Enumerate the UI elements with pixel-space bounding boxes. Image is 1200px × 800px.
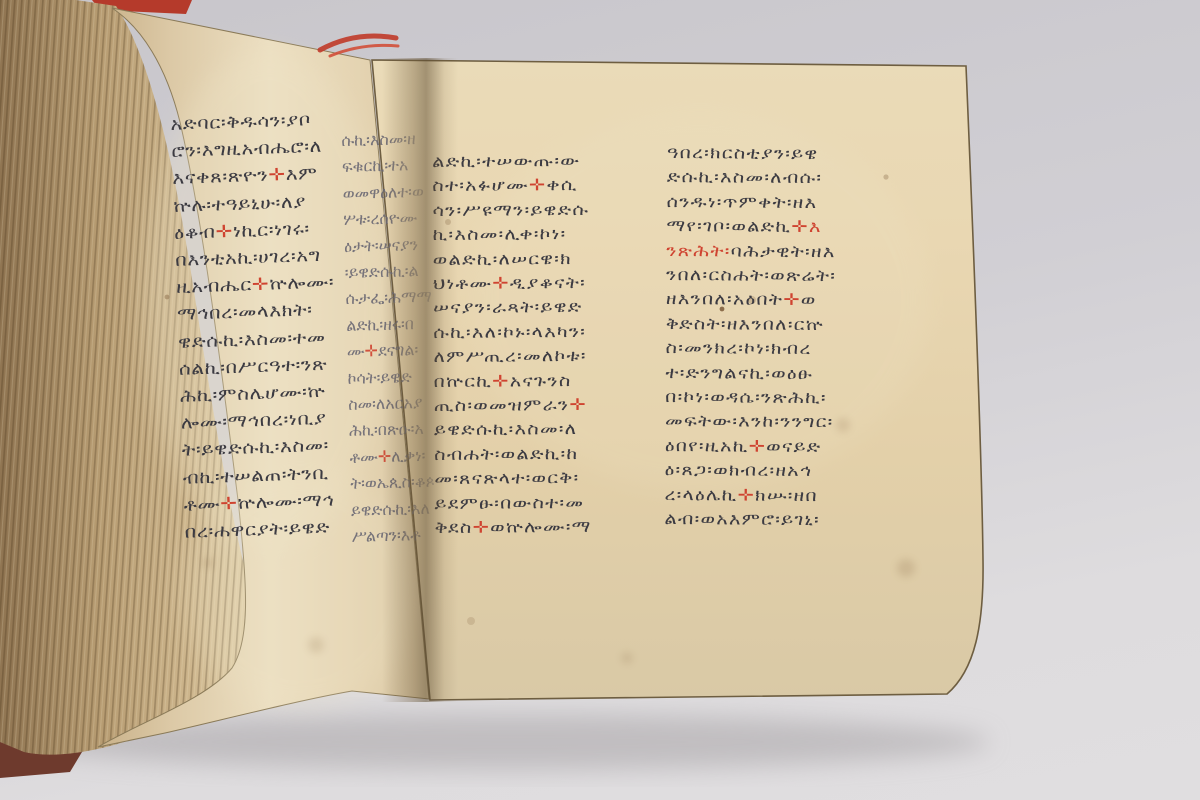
right-page-column-1: ልድኪ፡ተሠውጡ፡ውስተ፡አፉሆሙ✛ቀሲሳን፡ሥዩማን፡ይዌድሱኪ፡እስመ፡ሊቀ…: [432, 148, 696, 548]
rubric-mark: ✛: [749, 436, 767, 455]
geez-text: ደናግል፡: [378, 340, 419, 360]
text-line: በ፡ኮነ፡ወዳሴ፡ንጽሕኪ፡: [665, 385, 965, 412]
text-line: ሠናያን፡ራጻት፡ይዌድ: [433, 295, 694, 321]
geez-text: ይደምፁ፡በውስተ፡መ: [434, 493, 584, 513]
geez-text: ሮን፡እግዚአብሔሮ፡ለ: [171, 137, 322, 162]
text-line: ተ፡ድንግልናኪ፡ወዕፁ: [665, 361, 965, 388]
geez-text: በረ፡ሐዋርያት፡ይዌድ: [184, 518, 330, 543]
geez-text: ሱታፌ፡ሕማማ: [345, 287, 432, 308]
geez-text: ጢስ፡ወመዝምራን: [434, 395, 570, 415]
rubric-mark: ✛: [737, 485, 755, 504]
geez-text: ዲያቆናት፡: [510, 273, 586, 293]
text-line: ሳን፡ሥዩማን፡ይዌድሱ: [432, 197, 693, 223]
geez-text: መፍትው፡እንከ፡ንንግር፡: [665, 411, 834, 431]
geez-text: ወ: [801, 290, 817, 309]
rubric-mark: ✛: [364, 341, 378, 360]
geez-text: በ፡ኮነ፡ወዳሴ፡ንጽሕኪ፡: [665, 387, 827, 407]
geez-text: ለምሥጢረ፡መለኮቱ፡: [433, 346, 586, 366]
rubric-mark: ✛: [529, 176, 547, 195]
text-line: ወልድኪ፡ለሠርዌ፡ክ: [433, 246, 694, 272]
geez-text: ቅድስት፡ዘእንበለ፡ርኵ: [666, 314, 824, 334]
geez-text: ቀሲ: [546, 175, 577, 194]
geez-text: መ፡ጸናጽላተ፡ወርቅ፡: [434, 468, 579, 488]
geez-text: ነኪር፡ነገሩ፡: [233, 219, 311, 242]
geez-text: ባሕታዊት፡ዘእ: [731, 241, 836, 261]
text-line: ስብሐት፡ወልድኪ፡ከ: [434, 441, 695, 467]
geez-text: ልብ፡ወአእምሮ፡ይገኒ፡: [664, 509, 820, 529]
geez-text: ስ፡መንክረ፡ኮነ፡ክብረ: [665, 338, 811, 358]
text-line: በኵርኪ✛አናጉንስ: [434, 368, 695, 394]
geez-text: ማኅበረ፡መላእክት፡: [177, 301, 313, 326]
geez-text: ድሱኪ፡እስመ፡ለብሱ፡: [667, 167, 823, 187]
text-line: ህነቶሙ✛ዲያቆናት፡: [433, 270, 694, 296]
geez-text: ወናይድ: [766, 437, 821, 456]
geez-text: እናቀጸ፡ጽዮን: [172, 166, 269, 189]
geez-text: ሱኪ፡እስመ፡ዘ: [341, 129, 416, 150]
geez-text: ሱኪ፡እለ፡ኮኑ፡ላእካን፡: [433, 322, 586, 342]
rubric-mark: ✛: [569, 395, 587, 414]
geez-text: እም: [285, 164, 318, 185]
geez-text: ሰልኪ፡በሥርዓተ፡ንጽ: [179, 355, 328, 380]
text-line: ለምሥጢረ፡መለኮቱ፡: [433, 343, 694, 369]
geez-text: ስመ፡ለአርአያ: [348, 393, 423, 414]
geez-text: ወመዋዕለተ፡ወ: [342, 182, 424, 203]
geez-text: ቶሙ: [349, 447, 378, 467]
geez-text: ፍቁርኪ፡ተአ: [342, 156, 409, 177]
geez-text: ት፡ወኤጲስ፡ቆጶ: [350, 472, 435, 493]
geez-text: ስብሐት፡ወልድኪ፡ከ: [434, 444, 578, 464]
geez-text: ልድኪ፡ተሠውጡ፡ው: [432, 151, 580, 171]
geez-text: ዕቆብ: [174, 222, 216, 243]
geez-text: ተ፡ድንግልናኪ፡ወዕፁ: [665, 363, 813, 383]
right-page-column-2: ዓበረ፡ክርስቲያን፡ይዌድሱኪ፡እስመ፡ለብሱ፡ሰንዱነ፡ጥምቀት፡ዘእማየ፡…: [664, 141, 967, 543]
geez-text: ዕ፡ጸጋ፡ወክብረ፡ዘአኅ: [665, 460, 813, 480]
rubric-mark: ✛: [215, 222, 233, 243]
rubric-mark: ✛: [378, 447, 392, 466]
text-line: ይደምፁ፡በውስተ፡መ: [434, 490, 695, 516]
geez-text: ሥልጣን፡እቶ: [351, 525, 421, 546]
text-line: ልብ፡ወአእምሮ፡ይገኒ፡: [664, 507, 964, 534]
geez-text: ኵሉ፡ተዓይኒሁ፡ለያ: [173, 192, 306, 217]
geez-text: በኵርኪ: [434, 371, 493, 390]
text-line: ስተ፡አፉሆሙ✛ቀሲ: [432, 173, 693, 199]
text-line: ሰንዱነ፡ጥምቀት፡ዘእ: [666, 190, 966, 217]
geez-text: ረ፡ላዕሌኪ: [664, 485, 737, 505]
geez-text: አድባር፡ቅዱሳን፡ያቦ: [170, 110, 311, 135]
rubric-mark: ✛: [268, 165, 286, 186]
text-line: ጢስ፡ወመዝምራን✛: [434, 392, 695, 418]
text-line: ልድኪ፡ተሠውጡ፡ው: [432, 148, 693, 174]
geez-text: ሊቃነ፡: [391, 446, 426, 466]
geez-text: ወኵሎሙ፡ማ: [490, 517, 592, 537]
geez-text: ሎሙ፡ማኅበረ፡ነቢያ: [181, 409, 327, 434]
geez-text: ዓበረ፡ክርስቲያን፡ይዌ: [667, 143, 819, 163]
geez-text: ማየ፡ገቦ፡ወልድኪ: [666, 216, 791, 236]
geez-text: ሦቱ፡ረሰዮሙ: [343, 208, 417, 229]
text-line: ዓበረ፡ክርስቲያን፡ይዌ: [667, 141, 967, 168]
text-line: ቅደስ✛ወኵሎሙ፡ማ: [435, 514, 696, 540]
geez-text: ሕኪ፡በጽዑ፡አ: [349, 419, 424, 440]
geez-text: ንበለ፡ርስሐት፡ወጽሬት፡: [666, 265, 836, 285]
rubric-mark: ✛: [473, 518, 491, 537]
geez-text: ዌድሱኪ፡እስመ፡ተመ: [178, 327, 326, 352]
geez-text: ወልድኪ፡ለሠርዌ፡ክ: [433, 249, 572, 269]
rubric-mark: እ: [809, 217, 822, 236]
rubric-mark: ✛: [783, 290, 801, 309]
text-line: መፍትው፡እንከ፡ንንግር፡: [665, 409, 965, 436]
text-line: ቅድስት፡ዘእንበለ፡ርኵ: [666, 312, 966, 339]
geez-text: ሙ: [347, 342, 365, 361]
geez-text: በእንቲአኪ፡ሀገረ፡አግ: [175, 246, 321, 271]
photo-backdrop: አድባር፡ቅዱሳን፡ያቦሮን፡እግዚአብሔሮ፡ለእናቀጸ፡ጽዮን✛እምኵሉ፡ተዓ…: [0, 0, 1200, 800]
rubric-mark: ✛: [791, 217, 809, 236]
geez-text: ት፡ይዌድሱኪ፡እስመ፡: [181, 436, 329, 461]
geez-text: ልድኪ፡ዘሩ፡በ: [346, 314, 414, 335]
geez-text: ሰንዱነ፡ጥምቀት፡ዘእ: [667, 192, 818, 212]
geez-text: ኵሎሙ፡ማኅ: [237, 490, 335, 513]
geez-text: ዕታት፡ሠናያን: [344, 235, 418, 256]
text-line: ረ፡ላዕሌኪ✛ክሡ፡ዘበ: [664, 483, 964, 510]
rubric-mark: ✛: [492, 371, 510, 390]
geez-text: ቶሙ: [183, 494, 220, 515]
rubric-mark: ንጽሕት፡: [666, 241, 731, 260]
geez-text: ክሡ፡ዘበ: [755, 485, 818, 504]
geez-text: ሕኪ፡ምስሌሆሙ፡ኵ: [180, 382, 326, 407]
geez-text: ይዌድሱኪ፡እስመ፡ለ: [434, 419, 577, 439]
geez-text: ስተ፡አፉሆሙ: [432, 176, 529, 196]
geez-text: ኵሎሙ፡: [269, 273, 335, 295]
geez-text: ቅደስ: [435, 518, 473, 537]
text-line: ስ፡መንክረ፡ኮነ፡ክብረ: [665, 336, 965, 363]
geez-text: ዕበየ፡ዚአኪ: [665, 436, 749, 456]
geez-text: ዘእንበለ፡አዕበት: [666, 289, 783, 309]
rubric-mark: ✛: [220, 494, 238, 515]
text-line: መ፡ጸናጽላተ፡ወርቅ፡: [434, 465, 695, 491]
text-line: ዕ፡ጸጋ፡ወክብረ፡ዘአኅ: [665, 458, 965, 485]
text-line: ሱኪ፡እለ፡ኮኑ፡ላእካን፡: [433, 319, 694, 345]
text-line: ይዌድሱኪ፡እስመ፡ለ: [434, 417, 695, 443]
text-line: ንጽሕት፡ባሕታዊት፡ዘእ: [666, 239, 966, 266]
geez-text: ብኪ፡ተሠልጠ፡ትንቢ: [182, 463, 329, 488]
text-line: ንበለ፡ርስሐት፡ወጽሬት፡: [666, 263, 966, 290]
geez-text: አናጉንስ: [510, 371, 572, 390]
geez-text: ህነቶሙ: [433, 274, 492, 293]
geez-text: ሠናያን፡ራጻት፡ይዌድ: [433, 297, 582, 317]
geez-text: ይዌድሱኪ፡እለ: [351, 498, 430, 519]
rubric-mark: ✛: [492, 273, 510, 292]
text-line: ኪ፡እስመ፡ሊቀ፡ኮነ፡: [433, 221, 694, 247]
rubric-mark: ✛: [252, 275, 270, 296]
text-line: ዘእንበለ፡አዕበት✛ወ: [666, 287, 966, 314]
geez-text: ኮሳት፡ይዌድ: [347, 367, 412, 388]
geez-text: ሳን፡ሥዩማን፡ይዌድሱ: [432, 200, 589, 220]
text-line: ዕበየ፡ዚአኪ✛ወናይድ: [665, 434, 965, 461]
geez-text: ኪ፡እስመ፡ሊቀ፡ኮነ፡: [433, 224, 567, 244]
geez-text: ዚአብሔር: [176, 275, 252, 298]
text-line: ማየ፡ገቦ፡ወልድኪ✛እ: [666, 214, 966, 241]
geez-text: ፡ይዌድሱኪ፡ል: [345, 261, 419, 282]
text-line: ድሱኪ፡እስመ፡ለብሱ፡: [667, 165, 967, 192]
